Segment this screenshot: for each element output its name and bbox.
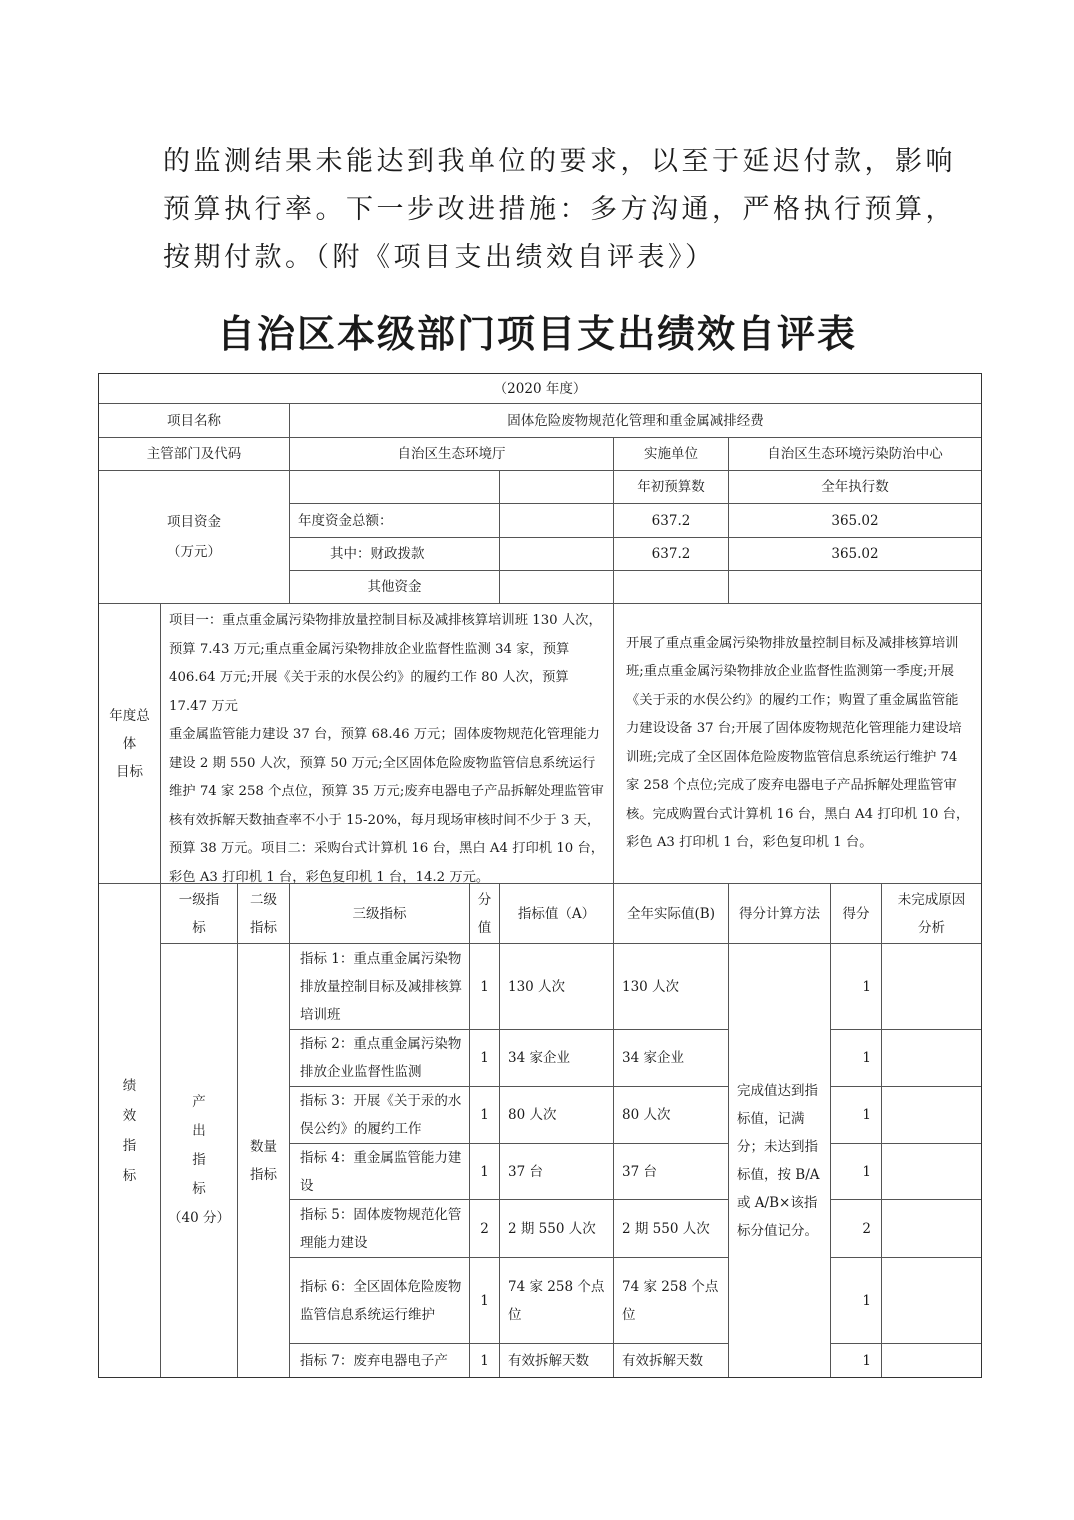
level2-quantity-indicator: 数量 指标 <box>237 943 290 1378</box>
indicator-score: 1 <box>830 1086 882 1144</box>
funds-row-label: 其中：财政拨款 <box>289 537 500 571</box>
indicator-target: 37 台 <box>499 1143 614 1200</box>
header-weight: 分值 <box>469 883 500 944</box>
indicator-target: 有效拆解天数 <box>499 1343 614 1378</box>
funds-row-budget <box>613 570 729 604</box>
funds-row-label: 其他资金 <box>289 570 500 604</box>
paragraph-line: 的监测结果未能达到我单位的要求，以至于延迟付款，影响 <box>163 138 923 186</box>
header-reason: 未完成原因分析 <box>881 883 982 944</box>
header-score: 得分 <box>830 883 882 944</box>
indicator-weight: 1 <box>469 1143 500 1200</box>
indicator-score: 2 <box>830 1199 882 1258</box>
header-actual: 全年实际值(B) <box>613 883 729 944</box>
funds-row-budget: 637.2 <box>613 503 729 538</box>
funds-row-executed: 365.02 <box>728 503 982 538</box>
indicator-score: 1 <box>830 1343 882 1378</box>
dept-value: 自治区生态环境厅 <box>289 437 614 471</box>
paragraph-line: 按期付款。（附《项目支出绩效自评表》） <box>163 234 923 282</box>
indicator-name: 指标 5：固体废物规范化管理能力建设 <box>289 1199 470 1258</box>
header-level1: 一级指标 <box>160 883 238 944</box>
indicator-score: 1 <box>830 1029 882 1087</box>
indicator-reason <box>881 1199 982 1258</box>
funds-row-executed <box>728 570 982 604</box>
indicator-weight: 1 <box>469 1086 500 1144</box>
indicator-reason <box>881 1257 982 1344</box>
indicator-target: 80 人次 <box>499 1086 614 1144</box>
indicator-name: 指标 2：重点重金属污染物排放企业监督性监测 <box>289 1029 470 1087</box>
annual-goal-planned: 项目一：重点重金属污染物排放量控制目标及减排核算培训班 130 人次，预算 7.… <box>160 603 614 884</box>
indicator-reason <box>881 1086 982 1144</box>
indicator-actual: 34 家企业 <box>613 1029 729 1087</box>
header-level3: 三级指标 <box>289 883 470 944</box>
project-name-value: 固体危险废物规范化管理和重金属减排经费 <box>289 403 982 438</box>
indicator-actual: 130 人次 <box>613 943 729 1030</box>
indicator-reason <box>881 1143 982 1200</box>
indicator-reason <box>881 1029 982 1087</box>
header-method: 得分计算方法 <box>728 883 831 944</box>
indicator-weight: 1 <box>469 943 500 1030</box>
indicator-name: 指标 1：重点重金属污染物排放量控制目标及减排核算培训班 <box>289 943 470 1030</box>
indicator-name: 指标 3：开展《关于汞的水俣公约》的履约工作 <box>289 1086 470 1144</box>
indicator-actual: 有效拆解天数 <box>613 1343 729 1378</box>
indicator-actual: 80 人次 <box>613 1086 729 1144</box>
project-name-label: 项目名称 <box>98 403 290 438</box>
indicator-score: 1 <box>830 1143 882 1200</box>
indicator-name: 指标 7：废弃电器电子产 <box>289 1343 470 1378</box>
impl-unit-value: 自治区生态环境污染防治中心 <box>728 437 982 471</box>
indicator-reason <box>881 1343 982 1378</box>
funds-row-executed: 365.02 <box>728 537 982 571</box>
paragraph-line: 预算执行率。下一步改进措施：多方沟通，严格执行预算， <box>163 186 923 234</box>
indicator-weight: 1 <box>469 1257 500 1344</box>
annual-goal-label: 年度总 体 目标 <box>98 603 161 884</box>
indicator-actual: 37 台 <box>613 1143 729 1200</box>
indicator-weight: 1 <box>469 1343 500 1378</box>
indicator-actual: 2 期 550 人次 <box>613 1199 729 1258</box>
indicator-score: 1 <box>830 943 882 1030</box>
indicator-target: 2 期 550 人次 <box>499 1199 614 1258</box>
impl-unit-label: 实施单位 <box>613 437 729 471</box>
indicator-weight: 1 <box>469 1029 500 1087</box>
funds-row-budget: 637.2 <box>613 537 729 571</box>
indicator-target: 34 家企业 <box>499 1029 614 1087</box>
intro-paragraph: 的监测结果未能达到我单位的要求，以至于延迟付款，影响 预算执行率。下一步改进措施… <box>163 138 923 282</box>
funds-row-blank <box>499 537 614 571</box>
scoring-method: 完成值达到指标值，记满分；未达到指标值，按 B/A 或 A/B×该指标分值记分。 <box>728 943 831 1378</box>
document-title: 自治区本级部门项目支出绩效自评表 <box>0 303 1074 358</box>
dept-label: 主管部门及代码 <box>98 437 290 471</box>
header-level2: 二级指标 <box>237 883 290 944</box>
funds-label: 项目资金 （万元） <box>98 470 290 604</box>
funds-row-label: 年度资金总额： <box>289 503 500 538</box>
header-target: 指标值（A） <box>499 883 614 944</box>
annual-goal-actual: 开展了重点重金属污染物排放量控制目标及减排核算培训班;重点重金属污染物排放企业监… <box>613 603 982 884</box>
funds-row-blank <box>499 570 614 604</box>
indicators-section-label: 绩 效 指 标 <box>98 883 161 1378</box>
indicator-name: 指标 4：重金属监管能力建设 <box>289 1143 470 1200</box>
indicator-name: 指标 6：全区固体危险废物监管信息系统运行维护 <box>289 1257 470 1344</box>
indicator-reason <box>881 943 982 1030</box>
indicator-target: 74 家 258 个点位 <box>499 1257 614 1344</box>
indicator-weight: 2 <box>469 1199 500 1258</box>
indicator-score: 1 <box>830 1257 882 1344</box>
funds-header-blank2 <box>499 470 614 504</box>
funds-row-blank <box>499 503 614 538</box>
indicator-actual: 74 家 258 个点位 <box>613 1257 729 1344</box>
funds-header-blank <box>289 470 500 504</box>
year-cell: （2020 年度） <box>98 373 982 404</box>
funds-col-executed: 全年执行数 <box>728 470 982 504</box>
funds-col-budget: 年初预算数 <box>613 470 729 504</box>
year-label: （2020 年度） <box>494 375 587 403</box>
indicator-target: 130 人次 <box>499 943 614 1030</box>
level1-output-indicator: 产 出 指 标 （40 分） <box>160 943 238 1378</box>
